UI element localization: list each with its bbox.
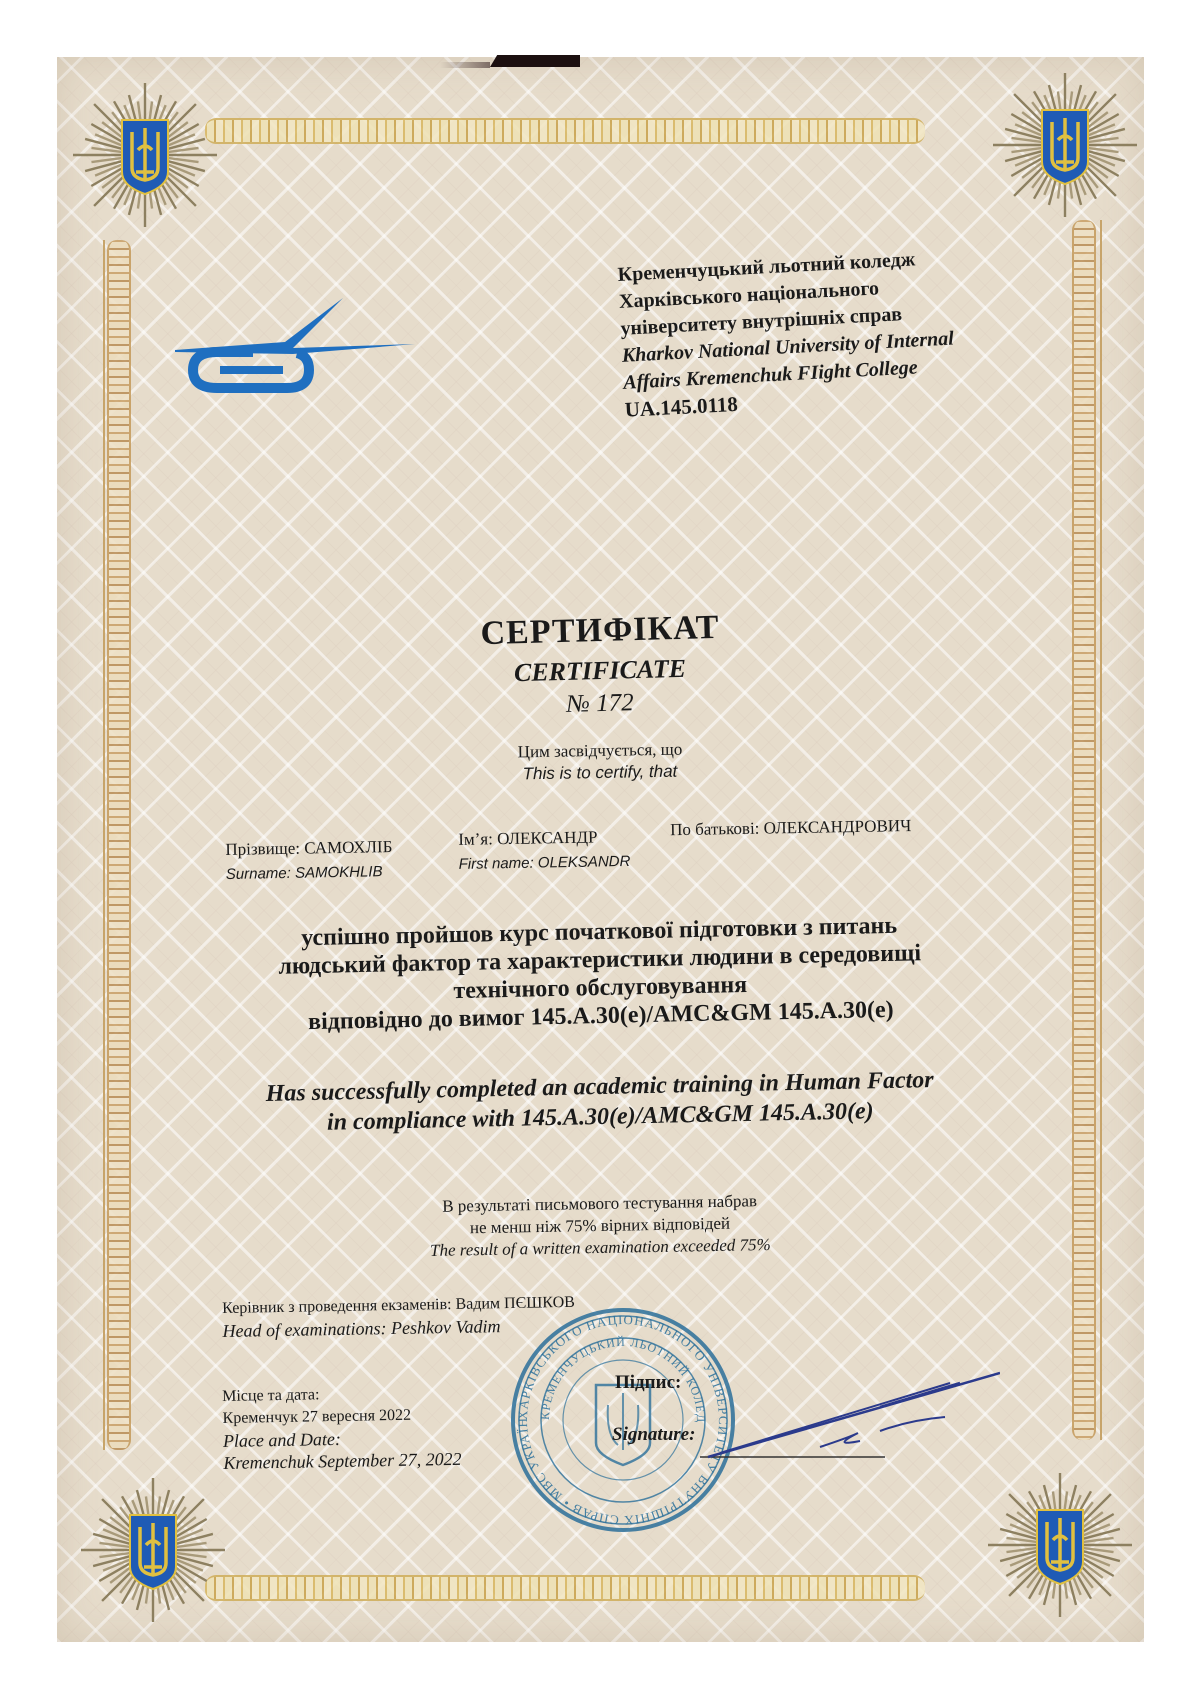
handwritten-signature: [700, 1355, 1000, 1475]
patronymic-uk: По батькові: ОЛЕКСАНДРОВИЧ: [670, 816, 911, 840]
surname-en: Surname: SAMOKHLIB: [226, 863, 383, 883]
clip-shadow: [440, 62, 490, 68]
first-name-en: First name: OLEKSANDR: [459, 853, 631, 873]
left-border-band: [107, 240, 131, 1450]
surname-uk: Прізвище: САМОХЛІБ: [225, 837, 392, 860]
signature-label-en: Signature:: [612, 1424, 695, 1446]
first-name-uk: Ім’я: ОЛЕКСАНДР: [458, 828, 598, 850]
trident-emblem-icon: [78, 1475, 228, 1625]
right-border-band: [1072, 220, 1096, 1440]
place-date-block: Місце та дата: Кременчук 27 вересня 2022…: [222, 1382, 462, 1474]
place-date-en-value: Kremenchuk September 27, 2022: [223, 1448, 462, 1474]
trident-emblem-icon: [70, 80, 220, 230]
college-logo-icon: [165, 290, 425, 410]
bottom-border-band: [205, 1575, 925, 1601]
institution-block: Кременчуцький льотний коледж Харківськог…: [617, 242, 1005, 424]
signature-label-uk: Підпис:: [615, 1372, 681, 1394]
trident-emblem-icon: [985, 1470, 1135, 1620]
right-border-line: [1100, 220, 1102, 1440]
trident-emblem-icon: [990, 70, 1140, 220]
top-border-band: [205, 118, 925, 144]
binder-clip: [490, 55, 580, 67]
left-border-line: [103, 240, 105, 1450]
